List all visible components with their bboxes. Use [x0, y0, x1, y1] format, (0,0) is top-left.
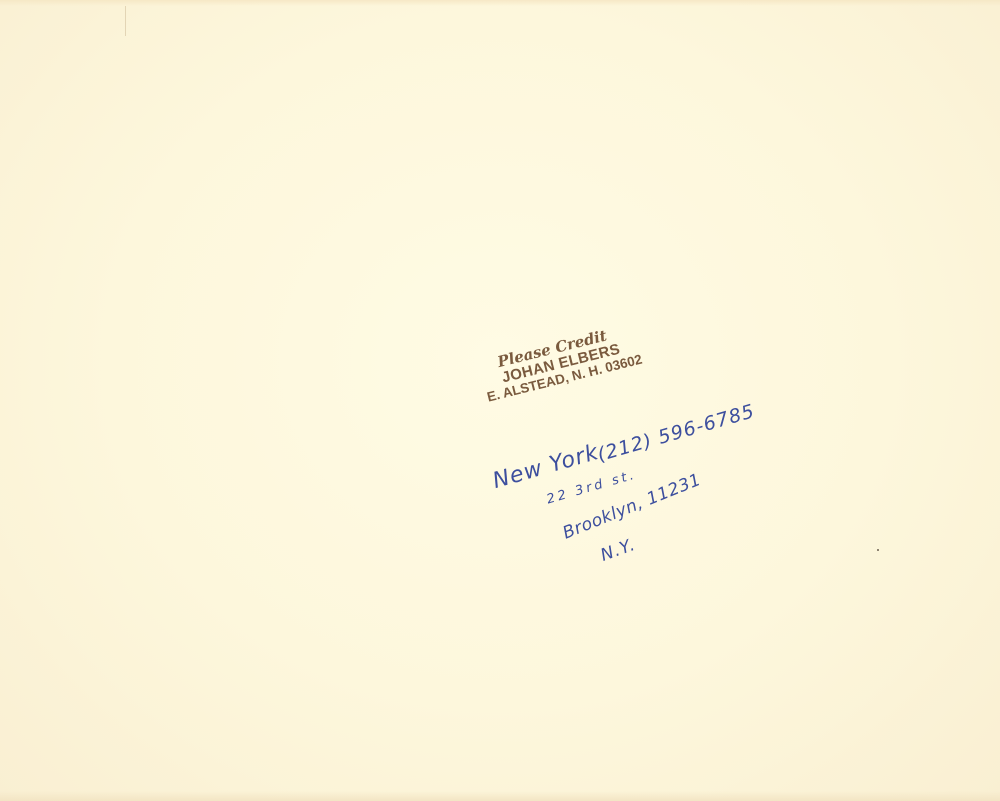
paper-speck — [877, 549, 879, 551]
paper-top-edge — [0, 0, 1000, 6]
paper-bottom-edge — [0, 791, 1000, 801]
paper-scratch-mark — [125, 6, 126, 36]
